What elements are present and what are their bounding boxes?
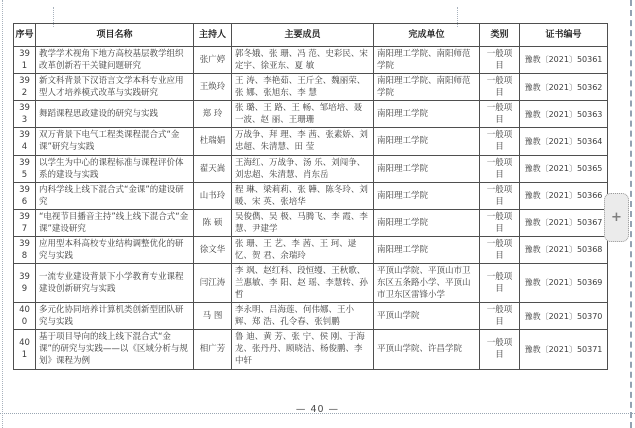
cell-leader: 马 图 [194, 303, 232, 330]
table-row: 398应用型本科高校专业结构调整优化的研究与实践徐文华张 珊、王 艺、李 茜、王… [14, 236, 608, 263]
cell-category: 一般项目 [480, 236, 520, 263]
cell-completing-unit: 南阳理工学院 [374, 101, 480, 128]
cell-category: 一般项目 [480, 128, 520, 155]
cell-leader: 翟天嵩 [194, 155, 232, 182]
cell-leader: 郑 玲 [194, 101, 232, 128]
header-main-members: 主要成员 [232, 24, 374, 47]
cell-serial-number: 397 [14, 209, 36, 236]
cell-leader: 相广芳 [194, 330, 232, 369]
cell-serial-number: 393 [14, 101, 36, 128]
cell-main-members: 李永明、吕海莲、何伟娜、王小辉、郑 浩、孔令春、张钊鹏 [232, 303, 374, 330]
cell-category: 一般项目 [480, 209, 520, 236]
cell-category: 一般项目 [480, 47, 520, 74]
cell-leader: 徐文华 [194, 236, 232, 263]
page-number: — 40 — [0, 404, 635, 415]
projects-table: 序号 项目名称 主持人 主要成员 完成单位 类别 证书编号 391教学学术视角下… [13, 23, 608, 370]
insert-plus-handle[interactable]: + [604, 193, 629, 242]
right-margin-boundary-mark [630, 0, 632, 428]
cell-serial-number: 394 [14, 128, 36, 155]
cell-certificate-number: 豫教〔2021〕50371 [520, 330, 608, 369]
cell-main-members: 郭冬娥、张 珊、冯 范、史彩民、宋定宇、徐亚东、夏 敏 [232, 47, 374, 74]
header-leader: 主持人 [194, 24, 232, 47]
cell-category: 一般项目 [480, 303, 520, 330]
cell-serial-number: 396 [14, 182, 36, 209]
header-project-name: 项目名称 [36, 24, 194, 47]
cell-category: 一般项目 [480, 330, 520, 369]
cell-serial-number: 392 [14, 74, 36, 101]
cell-category: 一般项目 [480, 155, 520, 182]
cell-certificate-number: 豫教〔2021〕50366 [520, 182, 608, 209]
cell-main-members: 王海红、万战争、汤 乐、刘闯争、刘忠超、朱清慧、肖东岳 [232, 155, 374, 182]
projects-table-body: 391教学学术视角下地方高校基层教学组织改革创新若干关键问题研究张广婷郭冬娥、张… [14, 47, 608, 370]
table-row: 393舞蹈课程思政建设的研究与实践郑 玲张 璐、王 路、王 畅、邹培培、聂一波、… [14, 101, 608, 128]
cell-project-name: 一流专业建设背景下小学教育专业课程建设创新研究与实践 [36, 264, 194, 303]
cell-completing-unit: 南阳理工学院 [374, 236, 480, 263]
cell-project-name: 多元化协同培养计算机类创新型团队研究与实践 [36, 303, 194, 330]
cell-project-name: 基于项目导向的线上线下混合式“金课”的研究与实践——以《区域分析与规划》课程为例 [36, 330, 194, 369]
cell-serial-number: 391 [14, 47, 36, 74]
cell-completing-unit: 南阳理工学院 [374, 128, 480, 155]
cell-project-name: 双万背景下电气工程类课程混合式“金课”研究与实践 [36, 128, 194, 155]
header-serial-number: 序号 [14, 24, 36, 47]
cell-project-name: 教学学术视角下地方高校基层教学组织改革创新若干关键问题研究 [36, 47, 194, 74]
cell-serial-number: 401 [14, 330, 36, 369]
cell-completing-unit: 南阳理工学院、南阳师范学院 [374, 74, 480, 101]
cell-certificate-number: 豫教〔2021〕50368 [520, 236, 608, 263]
cell-project-name: “电视节目播音主持”线上线下混合式“金课”建设研究 [36, 209, 194, 236]
cell-main-members: 张 珊、王 艺、李 茜、王 珂、逯 忆、贺 君、余瑞玲 [232, 236, 374, 263]
table-row: 394双万背景下电气工程类课程混合式“金课”研究与实践杜瑞娟万战争、拜 理、李 … [14, 128, 608, 155]
cell-project-name: 舞蹈课程思政建设的研究与实践 [36, 101, 194, 128]
cell-project-name: 内科学线上线下混合式“金课”的建设研究 [36, 182, 194, 209]
cell-category: 一般项目 [480, 182, 520, 209]
table-row: 395以学生为中心的课程标准与课程评价体系的建设与实践翟天嵩王海红、万战争、汤 … [14, 155, 608, 182]
cell-main-members: 吴俊儁、吴 极、马腾飞、李 霞、李 慧、尹建学 [232, 209, 374, 236]
cell-main-members: 李 飒、赵红科、段恒缦、王秋歌、兰惠敏、李 阳、赵 瑶、李慧转、孙 哲 [232, 264, 374, 303]
cell-certificate-number: 豫教〔2021〕50365 [520, 155, 608, 182]
cell-leader: 王焕玲 [194, 74, 232, 101]
cell-leader: 杜瑞娟 [194, 128, 232, 155]
cell-category: 一般项目 [480, 74, 520, 101]
cell-completing-unit: 南阳理工学院、南阳师范学院 [374, 47, 480, 74]
cell-category: 一般项目 [480, 101, 520, 128]
cell-certificate-number: 豫教〔2021〕50364 [520, 128, 608, 155]
table-row: 399一流专业建设背景下小学教育专业课程建设创新研究与实践闫江涛李 飒、赵红科、… [14, 264, 608, 303]
cell-main-members: 鲁 迪、黄 芳、张 宁、侯 刚、于海龙、张丹丹、顾晓洁、杨俊鹏、李中轩 [232, 330, 374, 369]
cell-completing-unit: 平顶山学院、平顶山市卫东区五条路小学、平顶山市卫东区雷锋小学 [374, 264, 480, 303]
cell-certificate-number: 豫教〔2021〕50363 [520, 101, 608, 128]
cell-completing-unit: 南阳理工学院 [374, 182, 480, 209]
cell-certificate-number: 豫教〔2021〕50367 [520, 209, 608, 236]
cell-certificate-number: 豫教〔2021〕50370 [520, 303, 608, 330]
cell-leader: 山书玲 [194, 182, 232, 209]
cell-serial-number: 399 [14, 264, 36, 303]
cell-project-name: 应用型本科高校专业结构调整优化的研究与实践 [36, 236, 194, 263]
cell-main-members: 程 琳、梁莉莉、张 韡、陈冬玲、刘 暖、宋 英、张培华 [232, 182, 374, 209]
left-margin-boundary-mark [2, 0, 3, 428]
table-row: 396内科学线上线下混合式“金课”的建设研究山书玲程 琳、梁莉莉、张 韡、陈冬玲… [14, 182, 608, 209]
header-category: 类别 [480, 24, 520, 47]
cell-category: 一般项目 [480, 264, 520, 303]
cell-certificate-number: 豫教〔2021〕50369 [520, 264, 608, 303]
table-row: 391教学学术视角下地方高校基层教学组织改革创新若干关键问题研究张广婷郭冬娥、张… [14, 47, 608, 74]
cell-completing-unit: 南阳理工学院 [374, 209, 480, 236]
cell-serial-number: 398 [14, 236, 36, 263]
document-page: 序号 项目名称 主持人 主要成员 完成单位 类别 证书编号 391教学学术视角下… [0, 0, 635, 428]
cell-main-members: 万战争、拜 理、李 茜、张素娇、刘忠超、朱清慧、田 莹 [232, 128, 374, 155]
cell-leader: 陈 硕 [194, 209, 232, 236]
table-row: 401基于项目导向的线上线下混合式“金课”的研究与实践——以《区域分析与规划》课… [14, 330, 608, 369]
cell-certificate-number: 豫教〔2021〕50362 [520, 74, 608, 101]
cell-completing-unit: 平顶山学院、许昌学院 [374, 330, 480, 369]
cell-project-name: 新文科背景下汉语言文学本科专业应用型人才培养模式改革与实践研究 [36, 74, 194, 101]
table-row: 397“电视节目播音主持”线上线下混合式“金课”建设研究陈 硕吴俊儁、吴 极、马… [14, 209, 608, 236]
cell-completing-unit: 南阳理工学院 [374, 155, 480, 182]
cell-certificate-number: 豫教〔2021〕50361 [520, 47, 608, 74]
cell-main-members: 张 璐、王 路、王 畅、邹培培、聂一波、赵 丽、王珊珊 [232, 101, 374, 128]
cell-completing-unit: 平顶山学院 [374, 303, 480, 330]
table-row: 400多元化协同培养计算机类创新型团队研究与实践马 图李永明、吕海莲、何伟娜、王… [14, 303, 608, 330]
cell-leader: 闫江涛 [194, 264, 232, 303]
cell-leader: 张广婷 [194, 47, 232, 74]
cell-serial-number: 400 [14, 303, 36, 330]
cell-serial-number: 395 [14, 155, 36, 182]
cell-main-members: 王 涛、李艳茹、王斤全、魏丽荣、张 娜、张旭东、李 慧 [232, 74, 374, 101]
cell-project-name: 以学生为中心的课程标准与课程评价体系的建设与实践 [36, 155, 194, 182]
header-certificate-number: 证书编号 [520, 24, 608, 47]
table-row: 392新文科背景下汉语言文学本科专业应用型人才培养模式改革与实践研究王焕玲王 涛… [14, 74, 608, 101]
table-header-row: 序号 项目名称 主持人 主要成员 完成单位 类别 证书编号 [14, 24, 608, 47]
header-completing-unit: 完成单位 [374, 24, 480, 47]
